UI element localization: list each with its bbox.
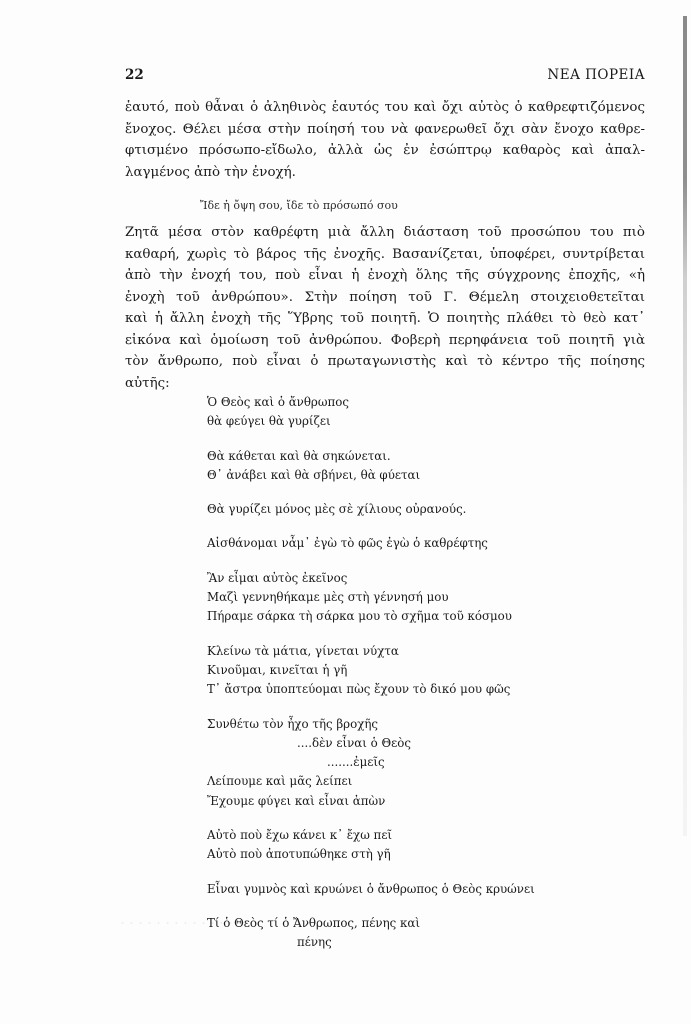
text-line: ἔνοχος. Θέλει μέσα στὴν ποίησή του νὰ φα…	[125, 119, 645, 141]
poem-verse: Θ᾿ ἀνάβει καὶ θὰ σβήνει, θὰ φύεται	[207, 466, 535, 485]
poem-stanza: Αἰσθάνομαι νἆμ᾿ ἐγὼ τὸ φῶς ἐγὼ ὁ καθρέφτ…	[207, 534, 535, 553]
text-line: Ζητᾶ μέσα στὸν καθρέφτη μιὰ ἄλλη διάστασ…	[125, 222, 645, 244]
poem-verse: .......ἐμεῖς	[207, 753, 535, 772]
epigraph: Ἴδε ἡ ὄψη σου, ἴδε τὸ πρόσωπό σου	[200, 199, 398, 212]
text-line: ἑαυτό, ποὺ θἆναι ὁ ἀληθινὸς ἑαυτός του κ…	[125, 97, 645, 119]
poem-verse: Αἰσθάνομαι νἆμ᾿ ἐγὼ τὸ φῶς ἐγὼ ὁ καθρέφτ…	[207, 534, 535, 553]
text-line: λαγμένος ἀπὸ τὴν ἐνοχή.	[125, 162, 645, 184]
poem-verse: Κινοῦμαι, κινεῖται ἡ γῆ	[207, 661, 535, 680]
paragraph-1: ἑαυτό, ποὺ θἆναι ὁ ἀληθινὸς ἑαυτός του κ…	[125, 97, 645, 183]
poem-quotation: Ὁ Θεὸς καὶ ὁ ἄνθρωποςθὰ φεύγει θὰ γυρίζε…	[207, 393, 535, 968]
text-line: εἰκόνα καὶ ὁμοίωση τοῦ ἀνθρώπου. Φοβερὴ …	[125, 330, 645, 352]
text-line: ἀπὸ τὴν ἐνοχή του, ποὺ εἶναι ἡ ἐνοχὴ ὅλη…	[125, 265, 645, 287]
poem-verse: πένης	[207, 933, 535, 952]
poem-verse: Ἂν εἶμαι αὐτὸς ἐκεῖνος	[207, 569, 535, 588]
paragraph-2: Ζητᾶ μέσα στὸν καθρέφτη μιὰ ἄλλη διάστασ…	[125, 222, 645, 394]
poem-verse: Αὐτὸ ποὺ ἔχω κάνει κ᾿ ἔχω πεῖ	[207, 826, 535, 845]
text-line: καὶ ἡ ἄλλη ἐνοχὴ τῆς Ὕβρης τοῦ ποιητῆ. Ὁ…	[125, 308, 645, 330]
text-line: φτισμένο πρόσωπο-εἴδωλο, ἀλλὰ ὡς ἐν ἐσώπ…	[125, 140, 645, 162]
poem-stanza: Συνθέτω τὸν ἦχο τῆς βροχῆς....δὲν εἶναι …	[207, 715, 535, 811]
poem-verse: Θὰ γυρίζει μόνος μὲς σὲ χίλιους οὐρανούς…	[207, 500, 535, 519]
poem-verse: Μαζὶ γεννηθήκαμε μὲς στὴ γέννησή μου	[207, 588, 535, 607]
poem-verse: Θὰ κάθεται καὶ θὰ σηκώνεται.	[207, 447, 535, 466]
page-number: 22	[125, 67, 144, 83]
page-edge-shadow	[683, 16, 687, 836]
poem-verse: Ὁ Θεὸς καὶ ὁ ἄνθρωπος	[207, 393, 535, 412]
poem-verse: Τί ὁ Θεὸς τί ὁ Ἄνθρωπος, πένης καὶ	[207, 914, 535, 933]
journal-title: ΝΕΑ ΠΟΡΕΙΑ	[547, 67, 645, 83]
poem-verse: Εἶναι γυμνὸς καὶ κρυώνει ὁ ἄνθρωπος ὁ Θε…	[207, 880, 535, 899]
scan-noise	[118, 920, 248, 926]
poem-stanza: Θὰ κάθεται καὶ θὰ σηκώνεται.Θ᾿ ἀνάβει κα…	[207, 447, 535, 486]
poem-verse: Ἔχουμε φύγει καὶ εἶναι ἀπὼν	[207, 792, 535, 811]
text-line: καθαρή, χωρὶς τὸ βάρος τῆς ἐνοχῆς. Βασαν…	[125, 244, 645, 266]
text-line: ἐνοχὴ τοῦ ἀνθρώπου». Στὴν ποίηση τοῦ Γ. …	[125, 287, 645, 309]
poem-verse: Τ᾿ ἄστρα ὑποπτεύομαι πὼς ἔχουν τὸ δικό μ…	[207, 680, 535, 699]
poem-verse: Πήραμε σάρκα τὴ σάρκα μου τὸ σχῆμα τοῦ κ…	[207, 607, 535, 626]
poem-verse: Συνθέτω τὸν ἦχο τῆς βροχῆς	[207, 715, 535, 734]
text-line: αὐτῆς:	[125, 373, 645, 395]
poem-stanza: Θὰ γυρίζει μόνος μὲς σὲ χίλιους οὐρανούς…	[207, 500, 535, 519]
text-line: τὸν ἄνθρωπο, ποὺ εἶναι ὁ πρωταγωνιστὴς κ…	[125, 351, 645, 373]
poem-verse: θὰ φεύγει θὰ γυρίζει	[207, 412, 535, 431]
poem-stanza: Ἂν εἶμαι αὐτὸς ἐκεῖνοςΜαζὶ γεννηθήκαμε μ…	[207, 569, 535, 627]
poem-stanza: Ὁ Θεὸς καὶ ὁ ἄνθρωποςθὰ φεύγει θὰ γυρίζε…	[207, 393, 535, 432]
poem-verse: Αὐτὸ ποὺ ἀποτυπώθηκε στὴ γῆ	[207, 845, 535, 864]
poem-stanza: Εἶναι γυμνὸς καὶ κρυώνει ὁ ἄνθρωπος ὁ Θε…	[207, 880, 535, 899]
poem-stanza: Τί ὁ Θεὸς τί ὁ Ἄνθρωπος, πένης καὶπένης	[207, 914, 535, 953]
poem-stanza: Αὐτὸ ποὺ ἔχω κάνει κ᾿ ἔχω πεῖΑὐτὸ ποὺ ἀπ…	[207, 826, 535, 865]
scanned-page: 22 ΝΕΑ ΠΟΡΕΙΑ ἑαυτό, ποὺ θἆναι ὁ ἀληθινὸ…	[0, 0, 691, 1024]
poem-verse: ....δὲν εἶναι ὁ Θεὸς	[207, 734, 535, 753]
poem-verse: Κλείνω τὰ μάτια, γίνεται νύχτα	[207, 642, 535, 661]
poem-stanza: Κλείνω τὰ μάτια, γίνεται νύχταΚινοῦμαι, …	[207, 642, 535, 700]
poem-verse: Λείπουμε καὶ μᾶς λείπει	[207, 772, 535, 791]
running-head: 22 ΝΕΑ ΠΟΡΕΙΑ	[125, 67, 645, 87]
